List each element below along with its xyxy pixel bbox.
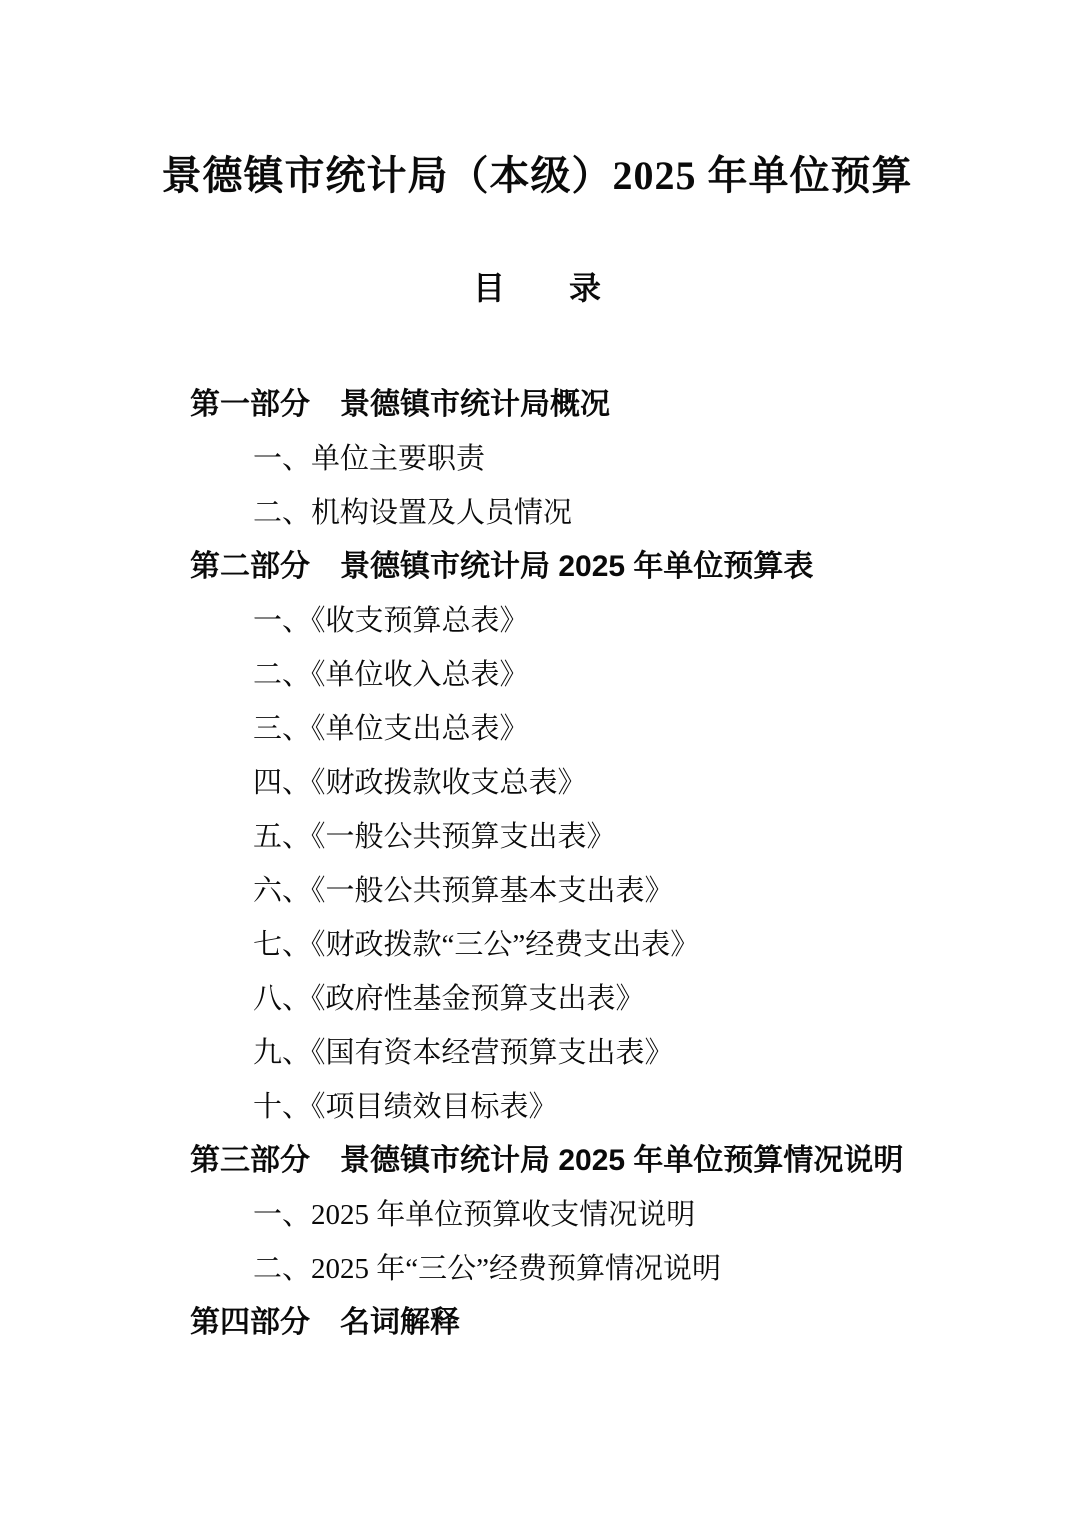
toc-part-1: 第一部分 景德镇市统计局概况 (0, 378, 1074, 432)
toc-entry: 二、《单位收入总表》 (0, 648, 1074, 702)
toc-entry: 一、《收支预算总表》 (0, 594, 1074, 648)
toc-entry: 八、《政府性基金预算支出表》 (0, 972, 1074, 1026)
toc-part-3: 第三部分 景德镇市统计局 2025 年单位预算情况说明 (0, 1134, 1074, 1188)
toc-entry: 二、机构设置及人员情况 (0, 486, 1074, 540)
toc-entry: 十、《项目绩效目标表》 (0, 1080, 1074, 1134)
toc-part-4: 第四部分 名词解释 (0, 1296, 1074, 1350)
toc-entry: 四、《财政拨款收支总表》 (0, 756, 1074, 810)
toc-entry: 五、《一般公共预算支出表》 (0, 810, 1074, 864)
toc-entry: 三、《单位支出总表》 (0, 702, 1074, 756)
table-of-contents: 第一部分 景德镇市统计局概况 一、单位主要职责 二、机构设置及人员情况 第二部分… (0, 378, 1074, 1350)
toc-heading: 目 录 (0, 266, 1074, 311)
toc-entry: 一、单位主要职责 (0, 432, 1074, 486)
toc-entry: 六、《一般公共预算基本支出表》 (0, 864, 1074, 918)
toc-part-2: 第二部分 景德镇市统计局 2025 年单位预算表 (0, 540, 1074, 594)
toc-entry: 九、《国有资本经营预算支出表》 (0, 1026, 1074, 1080)
document-page: 景德镇市统计局（本级）2025 年单位预算 目 录 第一部分 景德镇市统计局概况… (0, 0, 1074, 1520)
toc-entry: 七、《财政拨款“三公”经费支出表》 (0, 918, 1074, 972)
document-title: 景德镇市统计局（本级）2025 年单位预算 (0, 146, 1074, 206)
toc-entry: 一、2025 年单位预算收支情况说明 (0, 1188, 1074, 1242)
toc-entry: 二、2025 年“三公”经费预算情况说明 (0, 1242, 1074, 1296)
